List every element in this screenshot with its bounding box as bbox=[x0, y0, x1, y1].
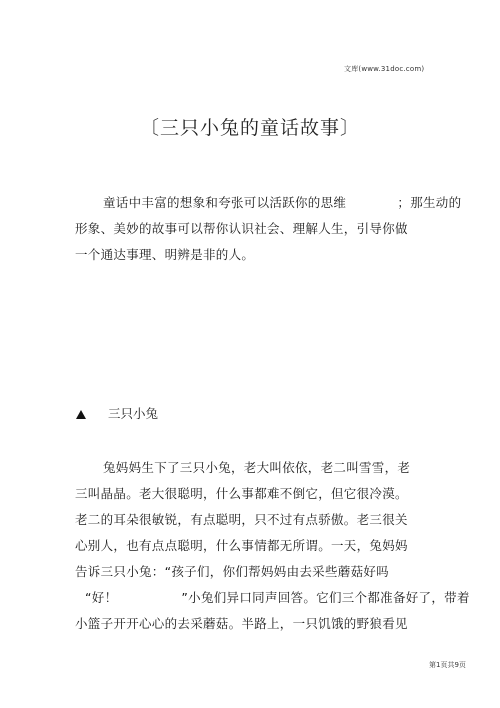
story-line: 告诉三只小兔：“孩子们，你们帮妈妈由去采些蘑菇好吗 bbox=[75, 562, 389, 580]
story-line: 兔妈妈生下了三只小兔，老大叫依依，老二叫雪雪，老 bbox=[103, 458, 410, 476]
section-heading: 三只小兔 bbox=[76, 404, 158, 422]
story-line: “好！ ”小兔们异口同声回答。它们三个都准备好了，带着 bbox=[85, 588, 470, 606]
document-source-header: 文库(www.31doc.com) bbox=[344, 64, 424, 74]
section-heading-text: 三只小兔 bbox=[108, 406, 158, 421]
intro-line: 童话中丰富的想象和夸张可以活跃你的思维 ；那生动的 bbox=[103, 193, 461, 211]
story-line: 心别人，也有点点聪明，什么事情都无所谓。一天，兔妈妈 bbox=[75, 536, 408, 554]
document-title: 〔三只小兔的童话故事〕 bbox=[0, 113, 500, 140]
page-number-footer: 第1页共9页 bbox=[429, 660, 466, 670]
triangle-bullet-icon bbox=[76, 410, 86, 419]
story-line: 三叫晶晶。老大很聪明，什么事都难不倒它，但它很冷漠。 bbox=[75, 484, 408, 502]
story-line: 老二的耳朵很敏锐，有点聪明，只不过有点骄傲。老三很关 bbox=[75, 510, 408, 528]
intro-line: 一个通达事理、明辨是非的人。 bbox=[75, 245, 254, 263]
intro-line: 形象、美妙的故事可以帮你认识社会、理解人生，引导你做 bbox=[75, 219, 408, 237]
story-line: 小篮子开开心心的去采蘑菇。半路上，一只饥饿的野狼看见 bbox=[75, 614, 408, 632]
